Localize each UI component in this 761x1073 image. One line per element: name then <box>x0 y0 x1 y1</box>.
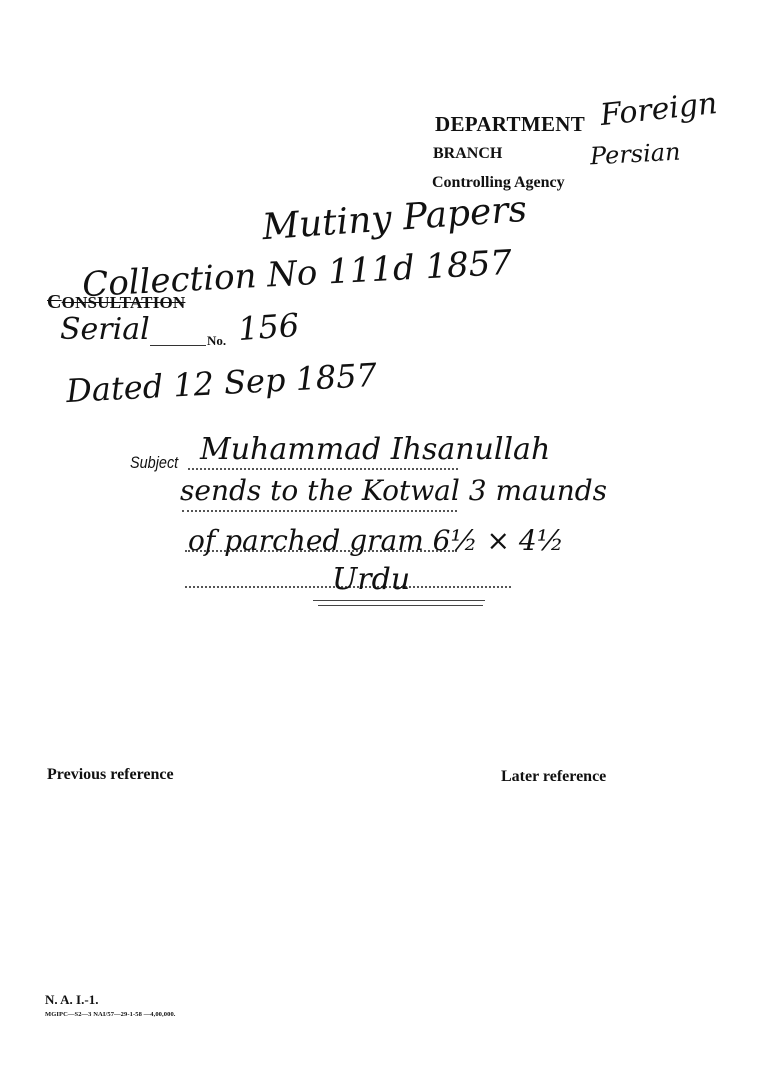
handwritten-date: Dated 12 Sep 1857 <box>65 356 378 410</box>
subject-label: Subject <box>130 453 178 473</box>
handwritten-department: Foreign <box>598 86 718 133</box>
subject-line-3: of parched gram 6½ × 4½ <box>188 524 564 557</box>
handwritten-serial-label: Serial <box>60 312 150 347</box>
handwritten-heading: Mutiny Papers <box>261 189 528 248</box>
no-label: No. <box>207 333 226 349</box>
subject-line-4: Urdu <box>332 562 410 597</box>
serial-underline <box>150 343 206 346</box>
branch-label: BRANCH <box>433 145 502 163</box>
controlling-agency-label: Controlling Agency <box>432 174 565 192</box>
previous-reference-label: Previous reference <box>47 766 174 784</box>
subject-line-2: sends to the Kotwal 3 maunds <box>180 474 607 507</box>
handwritten-serial-number: 156 <box>237 306 301 348</box>
form-code: N. A. I.-1. <box>45 992 98 1008</box>
consultation-cap: C <box>47 291 62 313</box>
document-page: { "form": { "department_label": "DEPARTM… <box>0 0 761 1073</box>
handwritten-branch: Persian <box>589 138 681 171</box>
language-underline-2 <box>318 605 483 606</box>
consultation-label: CONSULTATION <box>47 291 185 314</box>
department-label: DEPARTMENT <box>435 112 585 137</box>
later-reference-label: Later reference <box>501 768 606 786</box>
subject-line-1: Muhammad Ihsanullah <box>200 432 550 467</box>
subject-dotted-line-2 <box>182 508 457 512</box>
consultation-rest: ONSULTATION <box>62 293 186 312</box>
printer-line: MGIPC—S2—3 NAI/57—29-1-58 —4,00,000. <box>45 1011 176 1018</box>
language-underline-1 <box>313 600 485 601</box>
